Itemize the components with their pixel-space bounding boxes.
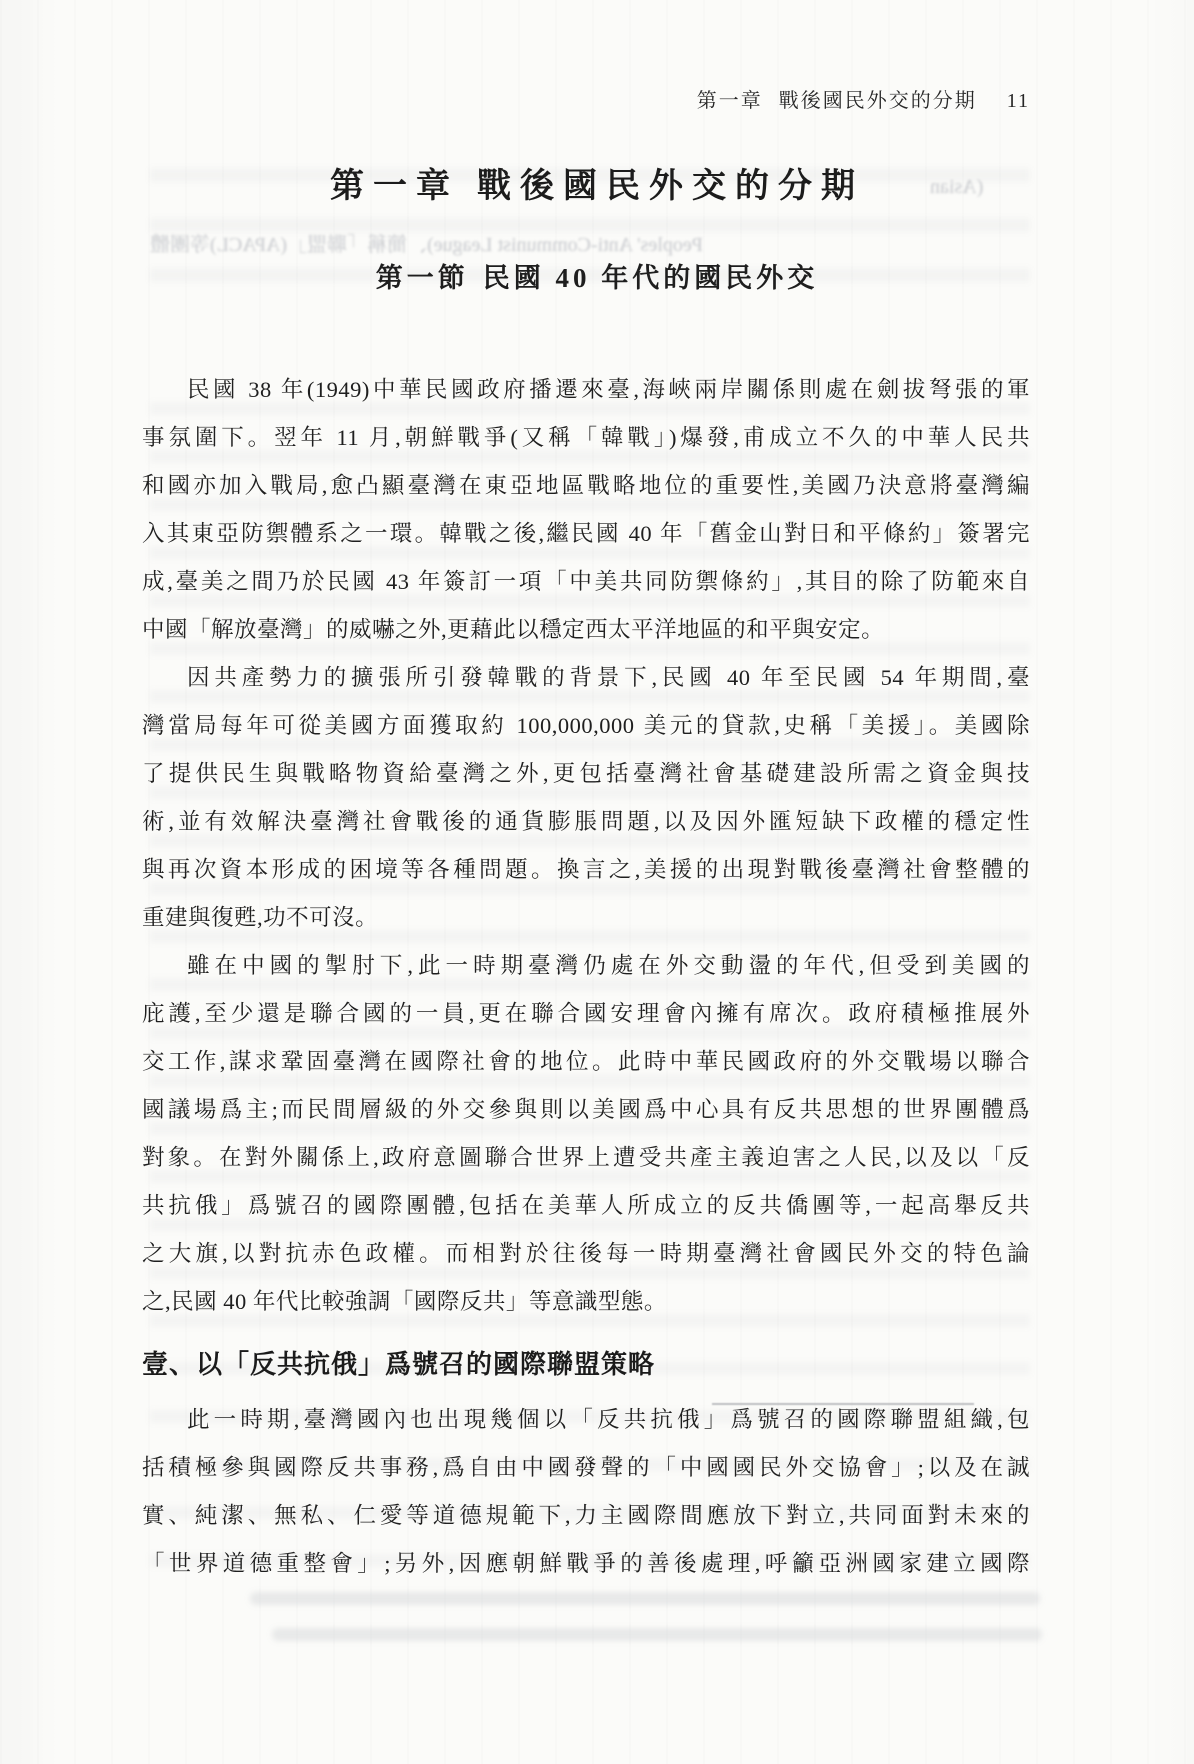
bleedthrough-footnote-rule xyxy=(712,1403,974,1405)
bleedthrough-text: Peoples' Anti-Communist League)、簡稱「聯盟」(A… xyxy=(150,228,703,257)
body-text-line: 之大旗,以對抗赤色政權。而相對於往後每一時期臺灣社會國民外交的特色論 xyxy=(142,1230,1030,1278)
section-title-text: 民國 40 年代的國民外交 xyxy=(483,263,819,293)
body-text-line: 實、純潔、無私、仁愛等道德規範下,力主國際間應放下對立,共同面對未來的 xyxy=(142,1492,1030,1540)
body-text-line: 對象。在對外關係上,政府意圖聯合世界上遭受共產主義迫害之人民,以及以「反 xyxy=(142,1134,1030,1182)
body-text-line: 民國 38 年(1949)中華民國政府播遷來臺,海峽兩岸關係則處在劍拔弩張的軍 xyxy=(142,366,1030,414)
body-text-line: 雖在中國的掣肘下,此一時期臺灣仍處在外交動盪的年代,但受到美國的 xyxy=(142,942,1030,990)
body-text-line: 中國「解放臺灣」的威嚇之外,更藉此以穩定西太平洋地區的和平與安定。 xyxy=(142,606,1030,654)
body-text-line: 共抗俄」爲號召的國際團體,包括在美華人所成立的反共僑團等,一起高舉反共 xyxy=(142,1182,1030,1230)
body-text-line: 交工作,謀求鞏固臺灣在國際社會的地位。此時中華民國政府的外交戰場以聯合 xyxy=(142,1038,1030,1086)
page-number: 11 xyxy=(1007,90,1030,112)
section-heading: 壹、以「反共抗俄」爲號召的國際聯盟策略 xyxy=(142,1342,1030,1388)
body-text-line: 灣當局每年可從美國方面獲取約 100,000,000 美元的貸款,史稱「美援」。… xyxy=(142,702,1030,750)
body-text-line: 與再次資本形成的困境等各種問題。換言之,美援的出現對戰後臺灣社會整體的 xyxy=(142,846,1030,894)
body-text-line: 了提供民生與戰略物資給臺灣之外,更包括臺灣社會基礎建設所需之資金與技 xyxy=(142,750,1030,798)
section-title: 第一節民國 40 年代的國民外交 xyxy=(0,256,1194,295)
chapter-title: 第一章戰後國民外交的分期 xyxy=(0,158,1194,207)
bleedthrough-smudge xyxy=(250,1592,1040,1605)
body-text-line: 括積極參與國際反共事務,爲自由中國發聲的「中國國民外交協會」;以及在誠 xyxy=(142,1444,1030,1492)
body-text-line: 事氛圍下。翌年 11 月,朝鮮戰爭(又稱「韓戰」)爆發,甫成立不久的中華人民共 xyxy=(142,414,1030,462)
running-header: 第一章戰後國民外交的分期11 xyxy=(697,84,1030,113)
chapter-title-text: 戰後國民外交的分期 xyxy=(477,168,864,205)
body-text-line: 「世界道德重整會」;另外,因應朝鮮戰爭的善後處理,呼籲亞洲國家建立國際 xyxy=(142,1540,1030,1588)
running-header-title: 戰後國民外交的分期 xyxy=(779,90,977,112)
body-text-line: 和國亦加入戰局,愈凸顯臺灣在東亞地區戰略地位的重要性,美國乃決意將臺灣編 xyxy=(142,462,1030,510)
bleedthrough-smudge xyxy=(272,1628,1042,1641)
body-text-line: 之,民國 40 年代比較強調「國際反共」等意識型態。 xyxy=(142,1278,1030,1326)
body-text-line: 成,臺美之間乃於民國 43 年簽訂一項「中美共同防禦條約」,其目的除了防範來自 xyxy=(142,558,1030,606)
scanned-book-page: { "running_header": { "part": "第一章", "ti… xyxy=(0,0,1194,1764)
body-text-line: 因共產勢力的擴張所引發韓戰的背景下,民國 40 年至民國 54 年期間,臺 xyxy=(142,654,1030,702)
body-text-line: 術,並有效解決臺灣社會戰後的通貨膨脹問題,以及因外匯短缺下政權的穩定性 xyxy=(142,798,1030,846)
body-text-line: 庇護,至少還是聯合國的一員,更在聯合國安理會內擁有席次。政府積極推展外 xyxy=(142,990,1030,1038)
chapter-title-part: 第一章 xyxy=(330,168,459,205)
body-text-line: 入其東亞防禦體系之一環。韓戰之後,繼民國 40 年「舊金山對日和平條約」簽署完 xyxy=(142,510,1030,558)
body-text-line: 國議場爲主;而民間層級的外交參與則以美國爲中心具有反共思想的世界團體爲 xyxy=(142,1086,1030,1134)
section-title-part: 第一節 xyxy=(376,263,469,293)
body-text-line: 重建與復甦,功不可沒。 xyxy=(142,894,1030,942)
running-header-chapter-part: 第一章 xyxy=(697,90,763,112)
